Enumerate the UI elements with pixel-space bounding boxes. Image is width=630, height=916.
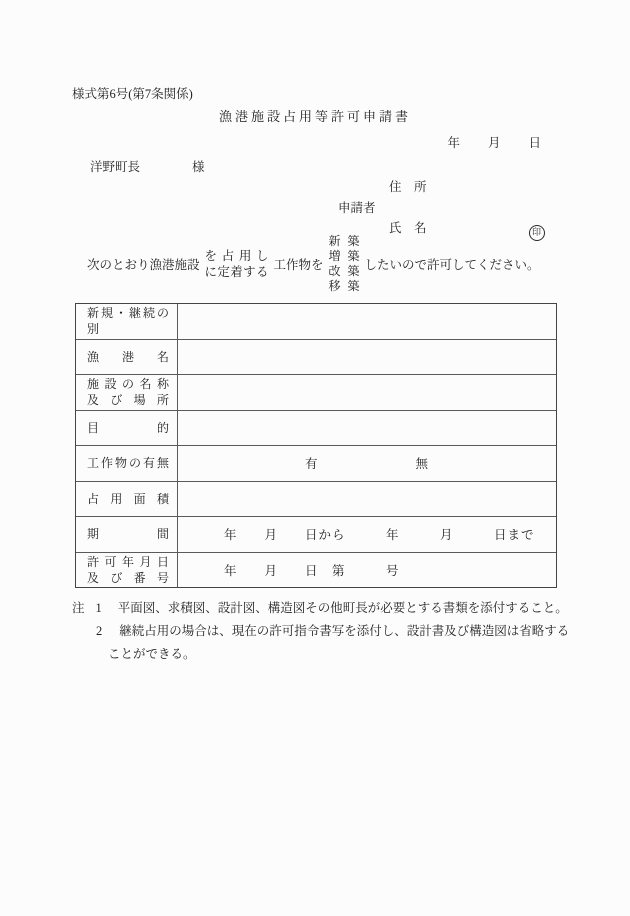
application-form-page: 様式第6号(第7条関係) 漁港施設占用等許可申請書 年 月 日 洋野町長様 住 … — [0, 0, 630, 916]
note-2-text: 継続占用の場合は、現在の許可指令書写を添付し、設計書及び構造図は省略する — [119, 624, 569, 638]
form-number: 様式第6号(第7条関係) — [72, 84, 193, 102]
sentence-lead: 次のとおり漁港施設 — [87, 255, 200, 273]
construction-option-3: 改築 — [329, 264, 360, 279]
request-sentence: 次のとおり漁港施設 を占用し に定着する 工作物を 新築 増築 改築 移築 した… — [87, 233, 540, 295]
row-label: 工作物の有無 — [87, 455, 169, 471]
addressee-name: 洋野町長 — [90, 160, 140, 174]
table-row-facility-name-location: 施設の名称 及び場所 — [76, 374, 556, 410]
row-label-cell: 占用面積 — [76, 482, 178, 517]
note-1-text: 平面図、求積図、設計図、構造図その他町長が必要とする書類を添付すること。 — [118, 601, 568, 615]
row-label-cell: 漁港名 — [76, 340, 178, 375]
row-label: 許可年月日 — [87, 554, 169, 570]
table-row-port-name: 漁港名 — [76, 339, 556, 375]
page-title: 漁港施設占用等許可申請書 — [0, 106, 630, 125]
occupy-option-2: に定着する — [205, 264, 269, 280]
addressee-honorific: 様 — [192, 160, 205, 174]
occupy-options: を占用し に定着する — [205, 248, 269, 280]
permit-date-number-value: 年 月 日 第 号 — [224, 561, 400, 579]
row-label-line2: 及び番号 — [87, 570, 169, 586]
occupy-option-1: を占用し — [205, 248, 269, 264]
table-row-structure-presence: 工作物の有無 有 無 — [76, 445, 556, 481]
address-label: 住 所 — [389, 177, 427, 195]
construction-option-1: 新築 — [329, 234, 360, 249]
note-marker: 注 — [72, 601, 85, 615]
construction-options: 新築 増築 改築 移築 — [329, 234, 360, 294]
option-no: 無 — [416, 454, 429, 472]
period-value: 年 月 日から 年 月 日まで — [224, 525, 535, 543]
sentence-tail: したいので許可してください。 — [365, 255, 540, 273]
row-label: 占用面積 — [87, 491, 169, 507]
row-label: 期間 — [87, 526, 169, 542]
row-value-cell — [178, 340, 556, 375]
row-label: 新規・継続の別 — [87, 305, 169, 337]
table-row-new-or-continued: 新規・継続の別 — [76, 304, 556, 339]
table-row-permit-date-number: 許可年月日 及び番号 年 月 日 第 号 — [76, 552, 556, 588]
sentence-connector: 工作物を — [274, 255, 324, 273]
note-1: 注1平面図、求積図、設計図、構造図その他町長が必要とする書類を添付すること。 — [72, 598, 568, 616]
row-label-cell: 新規・継続の別 — [76, 304, 178, 339]
applicant-label: 申請者 — [338, 198, 376, 216]
row-label: 目的 — [87, 420, 169, 436]
row-label-cell: 工作物の有無 — [76, 446, 178, 481]
date-line: 年 月 日 — [447, 133, 542, 151]
row-label-cell: 期間 — [76, 517, 178, 552]
row-label-cell: 施設の名称 及び場所 — [76, 375, 178, 410]
row-value-cell: 有 無 — [178, 446, 556, 481]
addressee-line: 洋野町長様 — [90, 157, 205, 175]
option-yes: 有 — [305, 454, 318, 472]
row-value-cell — [178, 482, 556, 517]
row-value-cell — [178, 304, 556, 339]
table-row-period: 期間 年 月 日から 年 月 日まで — [76, 516, 556, 552]
note-2-continuation: ことができる。 — [108, 644, 196, 662]
row-label-cell: 目的 — [76, 411, 178, 446]
construction-option-2: 増築 — [329, 249, 360, 264]
row-label: 施設の名称 — [87, 376, 169, 392]
note-1-number: 1 — [96, 601, 102, 615]
table-row-occupied-area: 占用面積 — [76, 481, 556, 517]
note-2-number: 2 — [96, 624, 102, 638]
row-label: 漁港名 — [87, 349, 169, 365]
construction-option-4: 移築 — [329, 279, 360, 294]
row-value-cell: 年 月 日 第 号 — [178, 553, 556, 588]
table-row-purpose: 目的 — [76, 410, 556, 446]
row-label-cell: 許可年月日 及び番号 — [76, 553, 178, 588]
row-label-line2: 及び場所 — [87, 392, 169, 408]
row-value-cell — [178, 411, 556, 446]
note-2: 2継続占用の場合は、現在の許可指令書写を添付し、設計書及び構造図は省略する — [96, 621, 569, 639]
application-table: 新規・継続の別 漁港名 施設の名称 及び場所 目的 工作物の有無 — [75, 303, 557, 588]
row-value-cell: 年 月 日から 年 月 日まで — [178, 517, 556, 552]
row-value-cell — [178, 375, 556, 410]
